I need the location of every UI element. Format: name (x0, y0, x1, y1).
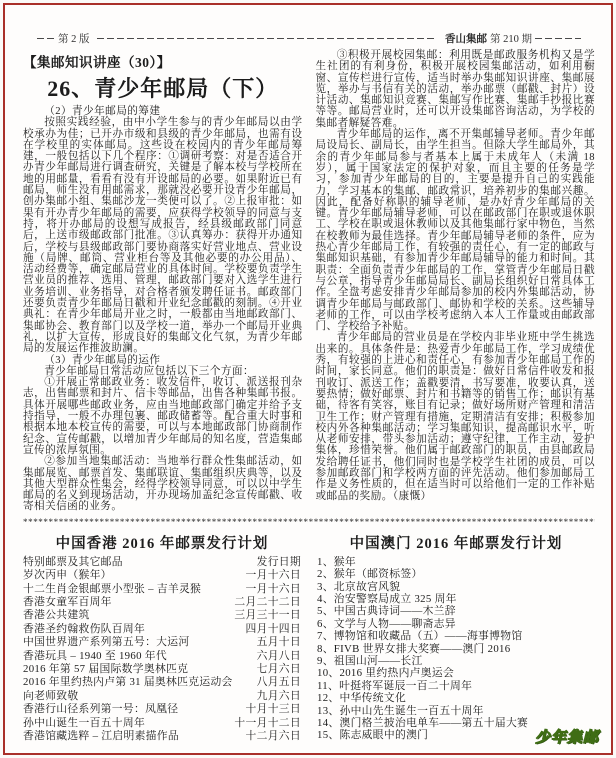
stamp-name: 香港圣约翰救伤队百周年 (23, 623, 145, 636)
masthead-dash (535, 38, 581, 40)
hk-plan-header: 特别邮票及其它邮品 发行日期 (23, 556, 301, 569)
article-paragraph: ②参加当地集邮活动：当地举行群众性集邮活动，如集邮展览、邮票首发、集邮联谊、集邮… (23, 456, 303, 512)
issue-date: 一月十六日 (246, 583, 301, 596)
article-title: 26、青少年邮局（下） (23, 72, 303, 103)
list-item: 11、叶挺将军诞辰一百二十周年 (317, 680, 595, 692)
hk-col-date: 发行日期 (257, 556, 301, 569)
stamp-name: 中国世界遗产系列第五号：大运河 (23, 636, 189, 649)
issue-date: 二月二十二日 (234, 596, 301, 609)
page-number-label: 第 2 版 (58, 31, 90, 46)
article-paragraph: 青少年邮局的营业员是在学校内非毕业班中学生挑选出来的。具体条件是：热爱青少年邮局… (316, 332, 596, 501)
issue-date: 十二月六日 (246, 730, 301, 743)
stamp-name: 2016 年第 57 届国际数学奥林匹克 (23, 663, 188, 676)
list-item: 13、孙中山先生诞生一百五十周年 (317, 705, 595, 717)
youth-philately-logo: 少年集邮 (535, 726, 599, 747)
article-paragraph: （2）青少年邮局的筹建 (23, 106, 303, 117)
issue-date: 六月八日 (257, 650, 301, 663)
article-paragraph: （3）青少年邮局的运作 (23, 355, 303, 366)
article-paragraph: ③积极开展校园集邮：利用既是邮政服务机构又是学生社团的有利身份，积极开展校园集邮… (316, 50, 596, 129)
page-border: 第 2 版 香山集邮 第 210 期 【集邮知识讲座（30）】 26、青少年邮局… (3, 3, 613, 755)
list-item: 6、文学与人物——聊斋志异 (317, 618, 595, 630)
stamp-name: 2016 年里约热内卢第 31 届奥林匹克运动会 (23, 676, 233, 689)
right-paragraphs: ③积极开展校园集邮：利用既是邮政服务机构又是学生社团的有利身份，积极开展校园集邮… (316, 50, 596, 502)
list-item: 5、中国古典诗词——木兰辞 (317, 605, 595, 617)
issue-date: 一月十六日 (246, 569, 301, 582)
article-columns: 【集邮知识讲座（30）】 26、青少年邮局（下） （2）青少年邮局的筹建按照实践… (23, 50, 595, 513)
left-paragraphs: （2）青少年邮局的筹建按照实践经验，由中小学生参与的青少年邮局以由学校承办为佳；… (23, 106, 303, 513)
stamp-name: 香港行山径系列第一号：凤凰径 (23, 703, 178, 716)
table-row: 2016 年第 57 届国际数学奥林匹克 七月六日 (23, 663, 301, 676)
issue-date: 三月三十一日 (234, 609, 301, 622)
list-item: 4、治安警察局成立 325 周年 (317, 593, 595, 605)
masthead-dash (97, 38, 438, 40)
stamp-name: 香港公共建筑 (23, 609, 90, 622)
table-row: 香港馆藏选粹 – 江启明素描作品 十二月六日 (23, 730, 301, 743)
asterisk-separator: ****************************************… (23, 518, 595, 527)
table-row: 岁次丙申（猴年） 一月十六日 (23, 569, 301, 582)
stamp-name: 香港玩具 – 1940 至 1960 年代 (23, 650, 167, 663)
section-label: 【集邮知识讲座（30）】 (23, 51, 303, 71)
issue-number: 第 210 期 (490, 31, 532, 46)
table-row: 香港女童军百周年 二月二十二日 (23, 596, 301, 609)
issue-date: 十一月十二日 (234, 717, 301, 730)
stamp-plans: 中国香港 2016 年邮票发行计划 特别邮票及其它邮品 发行日期 岁次丙申（猴年… (23, 530, 595, 744)
page: 第 2 版 香山集邮 第 210 期 【集邮知识讲座（30）】 26、青少年邮局… (5, 5, 611, 753)
list-item: 3、北京故宫风貌 (317, 581, 595, 593)
list-item: 2、猴年（邮资标签） (317, 568, 595, 580)
article-paragraph: 青少年邮局的运作，离不开集邮辅导老师。青少年邮局设局长、副局长，由学生担当。但除… (316, 129, 596, 332)
hk-col-item: 特别邮票及其它邮品 (23, 556, 123, 569)
macau-plan: 中国澳门 2016 年邮票发行计划 1、猴年2、猴年（邮资标签）3、北京故宫风貌… (317, 530, 595, 744)
macau-plan-title: 中国澳门 2016 年邮票发行计划 (317, 532, 595, 553)
hk-plan-rows: 岁次丙申（猴年） 一月十六日 十二生肖金银邮票小型张 – 吉羊灵猴 一月十六日 … (23, 569, 301, 743)
table-row: 向老师致敬 九月六日 (23, 690, 301, 703)
paper-name: 香山集邮 (445, 31, 487, 46)
hk-plan: 中国香港 2016 年邮票发行计划 特别邮票及其它邮品 发行日期 岁次丙申（猴年… (23, 530, 301, 744)
table-row: 孙中山诞生一百五十周年 十一月十二日 (23, 717, 301, 730)
table-row: 香港公共建筑 三月三十一日 (23, 609, 301, 622)
table-row: 香港玩具 – 1940 至 1960 年代 六月八日 (23, 650, 301, 663)
article-paragraph: 青少年邮局日常活动应包括以下三个方面： (23, 366, 303, 377)
issue-date: 四月十四日 (246, 623, 301, 636)
stamp-name: 香港馆藏选粹 – 江启明素描作品 (23, 730, 179, 743)
stamp-name: 向老师致敬 (23, 690, 78, 703)
stamp-name: 香港女童军百周年 (23, 596, 112, 609)
issue-date: 八月五日 (257, 676, 301, 689)
table-row: 中国世界遗产系列第五号：大运河 五月十日 (23, 636, 301, 649)
macau-plan-items: 1、猴年2、猴年（邮资标签）3、北京故宫风貌4、治安警察局成立 325 周年5、… (317, 556, 595, 742)
masthead: 第 2 版 香山集邮 第 210 期 (37, 31, 581, 46)
list-item: 9、祖国山河——长江 (317, 655, 595, 667)
stamp-name: 岁次丙申（猴年） (23, 569, 112, 582)
hk-plan-title: 中国香港 2016 年邮票发行计划 (23, 532, 301, 553)
article-left-column: 【集邮知识讲座（30）】 26、青少年邮局（下） （2）青少年邮局的筹建按照实践… (23, 50, 303, 513)
list-item: 12、中华传统文化 (317, 692, 595, 704)
issue-date: 十月十三日 (246, 703, 301, 716)
table-row: 香港行山径系列第一号：凤凰径 十月十三日 (23, 703, 301, 716)
table-row: 2016 年里约热内卢第 31 届奥林匹克运动会 八月五日 (23, 676, 301, 689)
table-row: 十二生肖金银邮票小型张 – 吉羊灵猴 一月十六日 (23, 583, 301, 596)
list-item: 1、猴年 (317, 556, 595, 568)
article-paragraph: ①开展正常邮政业务：收发信件，收订、派送报刊杂志，出售邮票和封片、信卡等邮品，出… (23, 377, 303, 456)
list-item: 8、FIVB 世界女排大奖赛——澳门 2016 (317, 643, 595, 655)
stamp-name: 十二生肖金银邮票小型张 – 吉羊灵猴 (23, 583, 201, 596)
issue-date: 九月六日 (257, 690, 301, 703)
masthead-dash (37, 38, 55, 40)
article-right-column: ③积极开展校园集邮：利用既是邮政服务机构又是学生社团的有利身份，积极开展校园集邮… (316, 50, 596, 513)
list-item: 7、博物馆和收藏品（五）——海事博物馆 (317, 630, 595, 642)
list-item: 10、2016 里约热内卢奥运会 (317, 667, 595, 679)
issue-date: 七月六日 (257, 663, 301, 676)
article-paragraph: 按照实践经验，由中小学生参与的青少年邮局以由学校承办为佳；已开办市级和县级的青少… (23, 117, 303, 354)
issue-date: 五月十日 (257, 636, 301, 649)
stamp-name: 孙中山诞生一百五十周年 (23, 717, 145, 730)
table-row: 香港圣约翰救伤队百周年 四月十四日 (23, 623, 301, 636)
